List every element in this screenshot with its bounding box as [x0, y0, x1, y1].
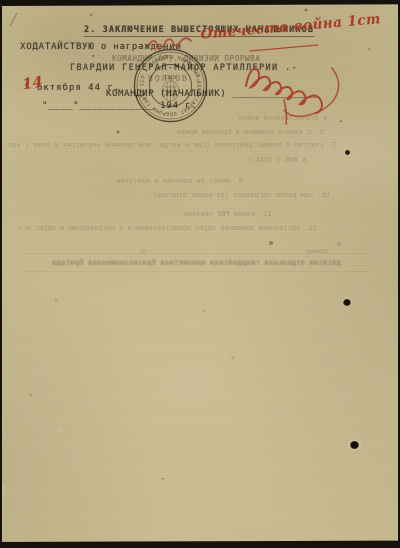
ink-blot [345, 150, 350, 155]
bleedthrough-band-text: десятая отдельная гвардейская минометная… [52, 258, 341, 267]
bleedthrough-line: в Отечественной войне - [230, 114, 327, 122]
bleedthrough-line: 9. с какого времени в Красной Армии - [168, 128, 324, 136]
bleedthrough-line: 10. чем ранее награжден (за какие отличи… [145, 191, 330, 199]
scanned-document: в Отечественной войне - 9. с какого врем… [0, 0, 400, 548]
bleedthrough-line: 11. каким РВК призван - [175, 210, 272, 218]
crease-mark [10, 13, 18, 27]
bleedthrough-line: - в ВОВ с 1941 г. [243, 156, 315, 164]
scan-edge-left [0, 0, 2, 548]
paper-hole [343, 299, 351, 306]
stamp-emblem [162, 81, 179, 101]
paper-hole [350, 441, 359, 449]
bleedthrough-line: 8. имеет ли ранения и контузии - [108, 177, 243, 185]
handwritten-day-text: 14 [21, 73, 44, 94]
official-stamp: ★ НАРОДНЫЙ КОМИССАРИАТ ОБОРОНЫ СОЮЗА ССР… [131, 46, 210, 125]
bleedthrough-line: 12. постоянный домашний адрес представля… [18, 224, 317, 232]
bleedthrough-band: десятая отдельная гвардейская минометная… [24, 253, 368, 272]
scan-edge-bottom [0, 541, 400, 548]
handwritten-award-text: Отечеств война 1ст [200, 11, 382, 43]
bleedthrough-line: 7. участие в боевых действиях (где и ког… [8, 141, 337, 149]
paper-sheet: в Отечественной войне - 9. с какого врем… [0, 0, 400, 548]
award-underline-stroke [250, 45, 318, 51]
stamp-center-text: СССР [165, 75, 176, 81]
